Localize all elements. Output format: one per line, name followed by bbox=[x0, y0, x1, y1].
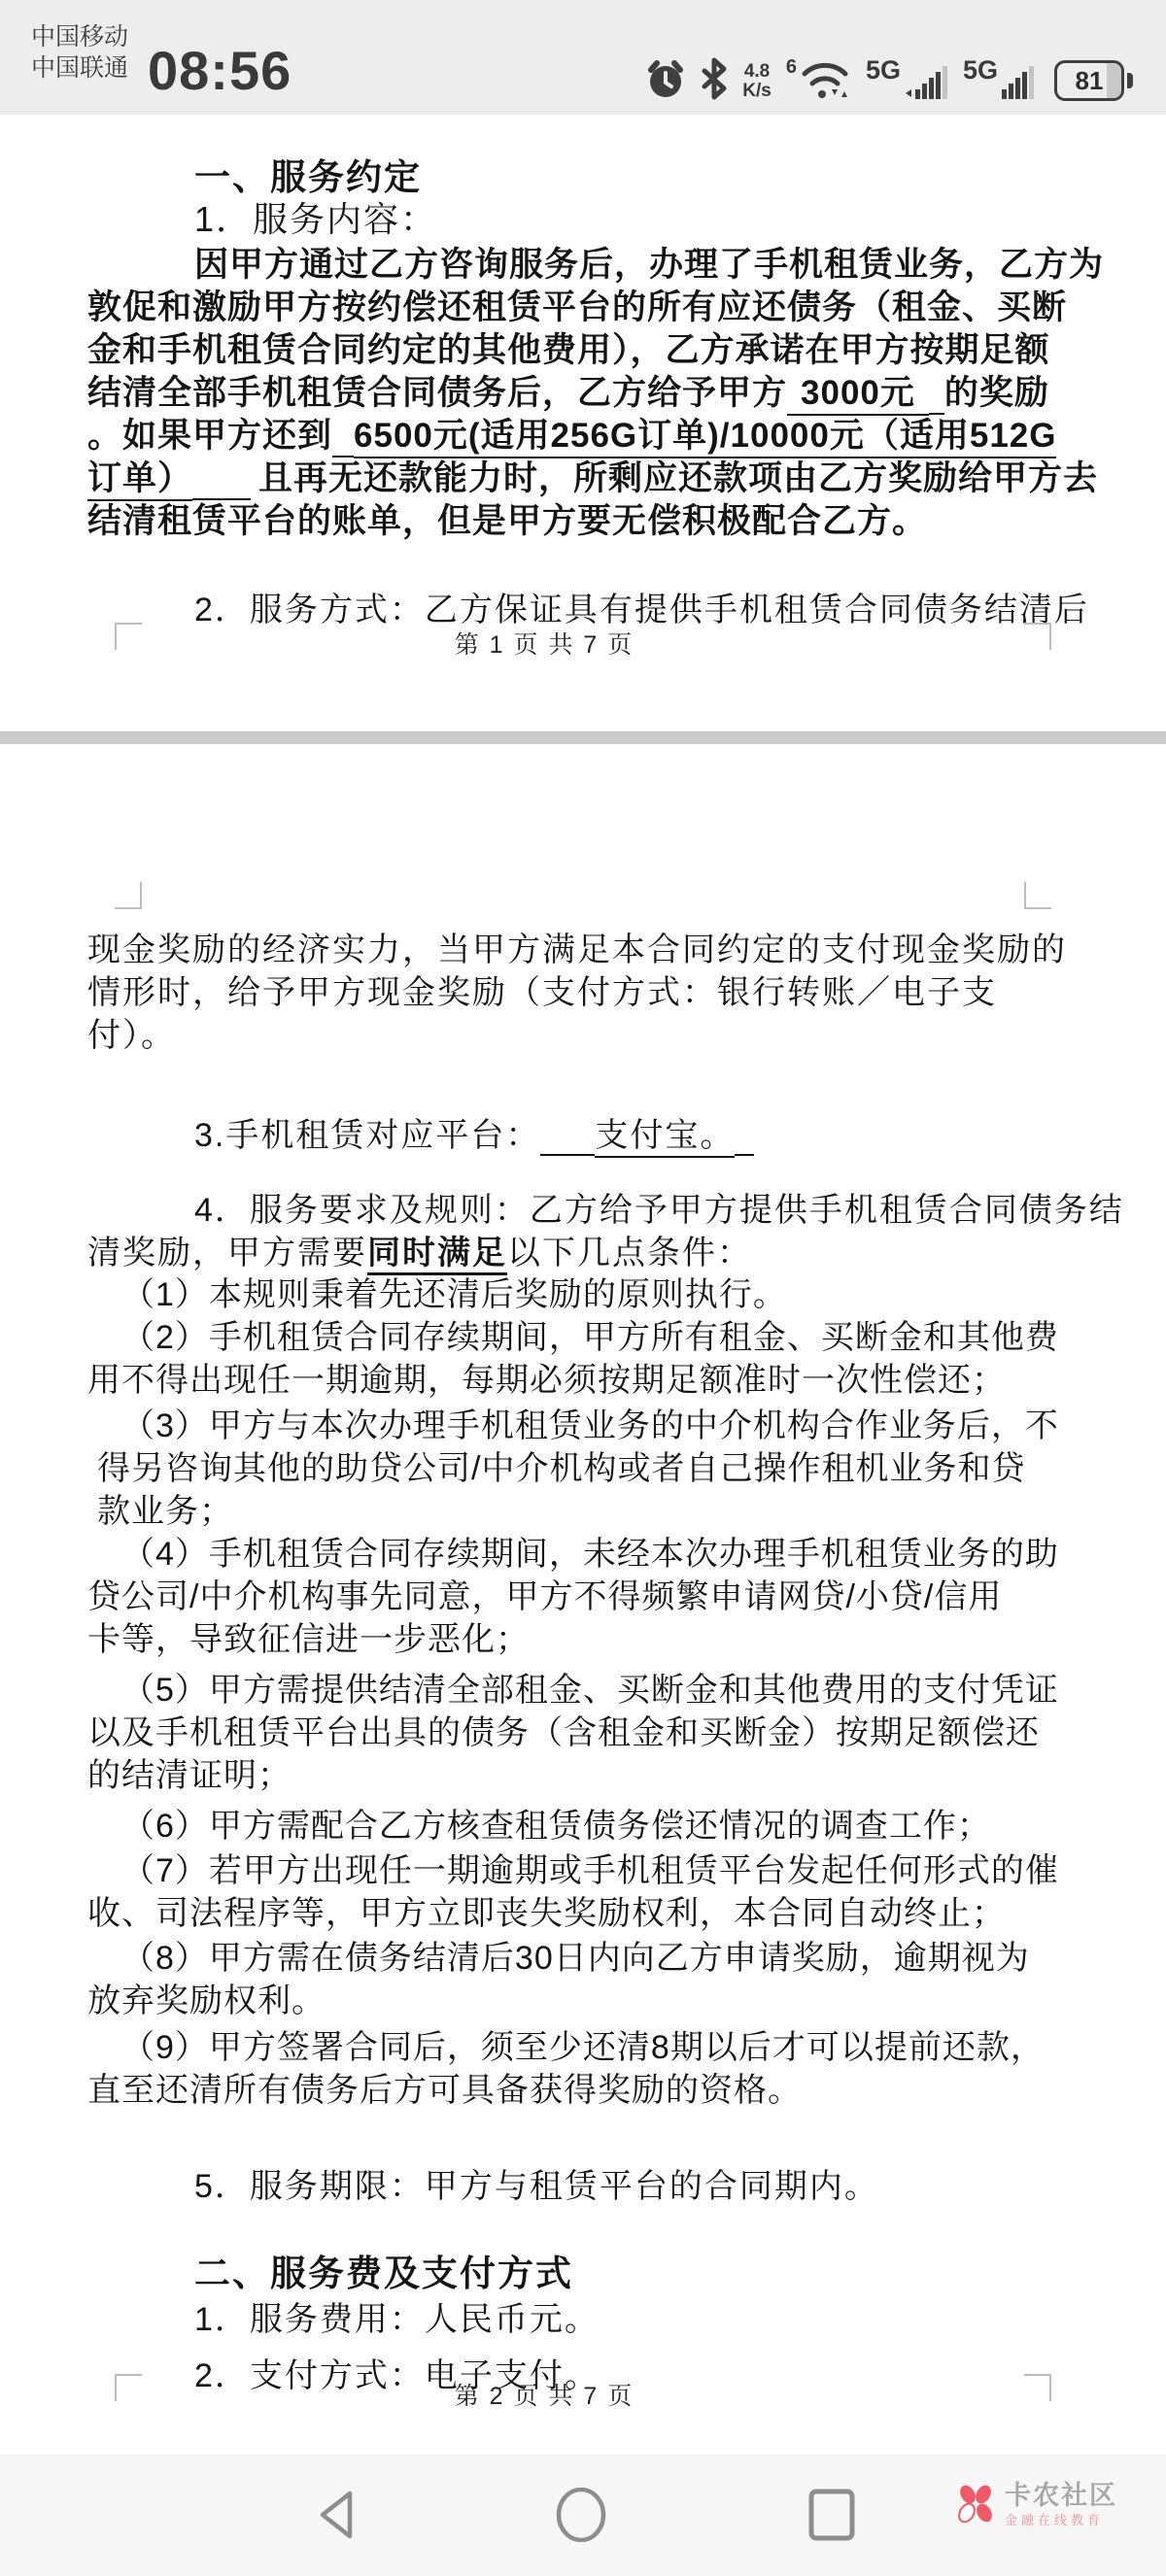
wifi6-label: 6 bbox=[786, 56, 797, 79]
page2-corner-mark-top-left bbox=[115, 882, 142, 909]
page2-corner-mark-top-right bbox=[1024, 882, 1051, 909]
rule-item-line: 得另咨询其他的助贷公司/中介机构或者自己操作租机业务和贷 bbox=[97, 1441, 1025, 1489]
rule-item-line: 放弃奖励权利。 bbox=[87, 1974, 326, 2021]
watermark-text: 卡农社区 金融在线教育 bbox=[1005, 2482, 1117, 2527]
back-button[interactable] bbox=[309, 2488, 363, 2542]
text-segment: 。如果甲方还到 bbox=[87, 417, 332, 455]
alarm-clock-icon bbox=[645, 58, 686, 101]
rule-item-line: 的结清证明； bbox=[87, 1748, 291, 1796]
paragraph-line: 结清租赁平台的账单，但是甲方要无偿积极配合乙方。 bbox=[87, 494, 927, 543]
watermark-tagline: 金融在线教育 bbox=[1005, 2514, 1117, 2527]
platform-value-underlined: 支付宝。 bbox=[595, 1117, 735, 1158]
rule-item-line: （7）若甲方出现任一期逾期或手机租赁平台发起任何形式的催 bbox=[121, 1844, 1059, 1891]
home-circle-icon bbox=[554, 2488, 608, 2542]
rule-item-line: 用不得出现任一期逾期，每期必须按期足额准时一次性偿还； bbox=[87, 1353, 1006, 1401]
platform-label: 3.手机租赁对应平台： bbox=[194, 1117, 540, 1154]
fee-line: 1．服务费用：人民币元。 bbox=[194, 2292, 600, 2340]
platform-line: 3.手机租赁对应平台：支付宝。 bbox=[194, 1108, 754, 1156]
page1-corner-mark-right bbox=[1024, 623, 1051, 650]
page1-corner-mark-left bbox=[115, 623, 142, 650]
sim2-5g-label: 5G bbox=[963, 57, 998, 84]
rule-item-line: （5）甲方需提供结清全部租金、买断金和其他费用的支付凭证 bbox=[121, 1663, 1059, 1711]
paragraph-line: 结清全部手机租赁合同债务后，乙方给予甲方3000元的奖励 bbox=[87, 366, 1049, 415]
rule-item-line: （3）甲方与本次办理手机租赁业务的中介机构合作业务后，不 bbox=[121, 1399, 1059, 1446]
recents-button[interactable] bbox=[805, 2488, 859, 2542]
battery-fill bbox=[1107, 63, 1121, 98]
rule-item-line: 收、司法程序等，甲方立即丧失奖励权利，本合同自动终止； bbox=[87, 1886, 1006, 1934]
speed-unit: K/s bbox=[742, 82, 772, 101]
paragraph-line: 现金奖励的经济实力，当甲方满足本合同约定的支付现金奖励的 bbox=[87, 923, 1067, 970]
underline-blank bbox=[735, 1121, 754, 1156]
sim1-5g-label: 5G bbox=[866, 57, 901, 84]
text-segment: 清奖励，甲方需要 bbox=[87, 1235, 367, 1271]
battery-percent: 81 bbox=[1076, 66, 1104, 96]
rule-item-line: 直至还清所有债务后方可具备获得奖励的资格。 bbox=[87, 2063, 802, 2111]
paragraph-line: 订单）且再无还款能力时，所剩应还款项由乙方奖励给甲方去 bbox=[87, 452, 1098, 500]
bluetooth-icon bbox=[701, 56, 728, 101]
watermark-name: 卡农社区 bbox=[1005, 2482, 1117, 2511]
sim2-signal-bars-icon bbox=[1001, 62, 1040, 101]
paragraph-line: 因甲方通过乙方咨询服务后，办理了手机租赁业务，乙方为 bbox=[194, 238, 1104, 287]
rule-item-line: （6）甲方需配合乙方核查租赁债务偿还情况的调查工作； bbox=[121, 1799, 991, 1847]
home-button[interactable] bbox=[554, 2488, 608, 2542]
underline-blank bbox=[540, 1121, 595, 1156]
back-triangle-icon bbox=[315, 2490, 358, 2540]
carrier-labels: 中国移动 中国联通 bbox=[31, 21, 128, 84]
paragraph-line: 金和手机租赁合同约定的其他费用），乙方承诺在甲方按期足额 bbox=[87, 323, 1050, 372]
clause-4-line2: 清奖励，甲方需要同时满足以下几点条件： bbox=[87, 1226, 752, 1273]
text-segment: 结清全部手机租赁合同债务后，乙方给予甲方 bbox=[87, 374, 787, 412]
page-separator-band bbox=[0, 731, 1166, 744]
rule-item-line: （2）手机租赁合同存续期间，甲方所有租金、买断金和其他费 bbox=[121, 1310, 1059, 1358]
status-icons: 4.8 K/s 6 5G bbox=[645, 56, 1133, 101]
text-segment: 且再无还款能力时，所剩应还款项由乙方奖励给甲方去 bbox=[258, 459, 1098, 497]
carrier-2: 中国联通 bbox=[31, 52, 128, 84]
paragraph-line: 敦促和激励甲方按约偿还租赁平台的所有应还债务（租金、买断 bbox=[87, 281, 1067, 329]
speed-value: 4.8 bbox=[744, 62, 770, 82]
kanong-logo-icon bbox=[954, 2483, 997, 2525]
recents-square-icon bbox=[806, 2489, 857, 2541]
text-segment: 的奖励 bbox=[944, 374, 1049, 412]
rule-item-line: 贷公司/中介机构事先同意，甲方不得频繁申请网贷/小贷/信用 bbox=[87, 1570, 1002, 1617]
section-heading-2: 二、服务费及支付方式 bbox=[194, 2244, 573, 2296]
rule-item-line: 以及手机租赁平台出具的债务（含租金和买断金）按期足额偿还 bbox=[87, 1706, 1040, 1753]
rule-item-line: （4）手机租赁合同存续期间，未经本次办理手机租赁业务的助 bbox=[121, 1527, 1059, 1575]
wifi-icon bbox=[799, 56, 851, 101]
sim1-signal: 5G bbox=[866, 62, 948, 101]
battery-nub bbox=[1127, 73, 1133, 88]
rule-item-line: （1）本规则秉着先还清后奖励的原则执行。 bbox=[121, 1268, 787, 1315]
rule-item-line: （9）甲方签署合同后，须至少还清8期以后才可以提前还款， bbox=[121, 2020, 1045, 2068]
paragraph-line: 。如果甲方还到6500元(适用256G订单)/10000元（适用512G bbox=[87, 409, 1056, 458]
sim1-signal-bars-icon bbox=[904, 62, 948, 101]
watermark: 卡农社区 金融在线教育 bbox=[954, 2482, 1117, 2527]
clause-2-line: 2．服务方式：乙方保证具有提供手机租赁合同债务结清后 bbox=[194, 583, 1089, 630]
carrier-1: 中国移动 bbox=[31, 21, 128, 52]
clause-1-title: 1．服务内容： bbox=[194, 192, 437, 242]
page-1-footer: 第 1 页 共 7 页 bbox=[0, 626, 1088, 661]
text-segment: 以下几点条件： bbox=[507, 1235, 752, 1271]
clause-5-line: 5．服务期限：甲方与租赁平台的合同期内。 bbox=[194, 2159, 879, 2207]
sim2-signal: 5G bbox=[963, 62, 1040, 101]
rule-item-line: 款业务； bbox=[97, 1484, 233, 1532]
battery-indicator: 81 bbox=[1054, 60, 1124, 101]
status-time: 08:56 bbox=[148, 39, 291, 102]
phone-screen: 中国移动 中国联通 08:56 4.8 K/s 6 bbox=[0, 0, 1166, 2576]
status-bar: 中国移动 中国联通 08:56 4.8 K/s 6 bbox=[0, 0, 1166, 115]
page2-corner-mark-bottom-left bbox=[115, 2374, 142, 2401]
paragraph-line: 情形时，给予甲方现金奖励（支付方式：银行转账／电子支 bbox=[87, 966, 997, 1013]
paragraph-line: 付）。 bbox=[87, 1008, 176, 1056]
network-speed: 4.8 K/s bbox=[742, 62, 772, 101]
page-2-footer: 第 2 页 共 7 页 bbox=[0, 2377, 1088, 2412]
wifi-group: 6 bbox=[786, 56, 851, 101]
page2-corner-mark-bottom-right bbox=[1024, 2374, 1051, 2401]
rule-item-line: 卡等，导致征信进一步恶化； bbox=[87, 1612, 530, 1660]
clause-4-line: 4．服务要求及规则：乙方给予甲方提供手机租赁合同债务结 bbox=[194, 1183, 1124, 1231]
android-nav-bar: 卡农社区 金融在线教育 bbox=[0, 2455, 1166, 2576]
rule-item-line: （8）甲方需在债务结清后30日内向乙方申请奖励，逾期视为 bbox=[121, 1931, 1030, 1979]
